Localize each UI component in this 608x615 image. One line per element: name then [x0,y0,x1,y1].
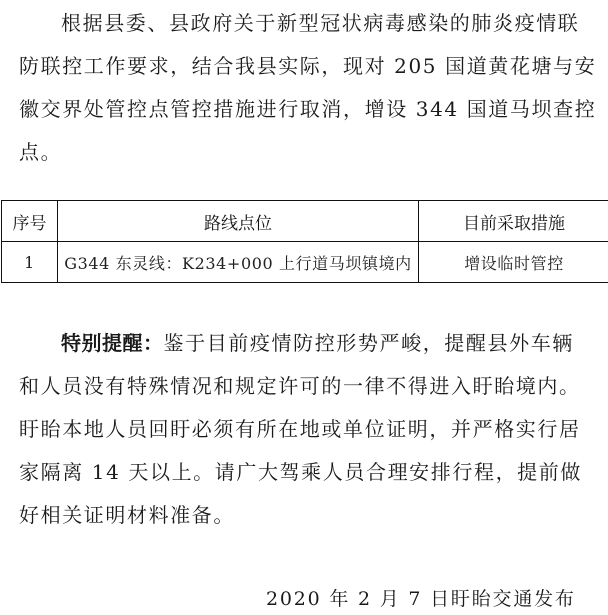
publish-signature: 2020 年 2 月 7 日盱眙交通发布 [266,584,576,611]
reminder-line: 和人员没有特殊情况和规定许可的一律不得进入盱眙境内。 [19,365,579,408]
intro-line: 根据县委、县政府关于新型冠状病毒感染的肺炎疫情联 [19,2,579,45]
cell-route-point: G344 东灵线：K234+000 上行道马坝镇境内 [58,242,419,283]
cell-current-measure: 增设临时管控 [419,242,608,283]
reminder-line: 好相关证明材料准备。 [19,494,579,537]
header-index: 序号 [2,201,58,242]
intro-line: 点。 [19,131,579,174]
reminder-line: 盱眙本地人员回盱必须有所在地或单位证明，并严格实行居 [19,408,579,451]
header-current-measure: 目前采取措施 [419,201,608,242]
reminder-text: 鉴于目前疫情防控形势严峻，提醒县外车辆 [164,331,574,355]
reminder-lead: 特别提醒： [61,331,164,355]
reminder-paragraph: 特别提醒：鉴于目前疫情防控形势严峻，提醒县外车辆 和人员没有特殊情况和规定许可的… [19,322,579,537]
intro-line: 徽交界处管控点管控措施进行取消，增设 344 国道马坝查控 [19,88,579,131]
checkpoint-table: 序号 路线点位 目前采取措施 1 G344 东灵线：K234+000 上行道马坝… [1,200,608,283]
reminder-line: 特别提醒：鉴于目前疫情防控形势严峻，提醒县外车辆 [19,322,579,365]
intro-paragraph: 根据县委、县政府关于新型冠状病毒感染的肺炎疫情联 防联控工作要求，结合我县实际，… [19,2,579,174]
table-row: 1 G344 东灵线：K234+000 上行道马坝镇境内 增设临时管控 [2,242,608,283]
reminder-line: 家隔离 14 天以上。请广大驾乘人员合理安排行程，提前做 [19,451,579,494]
table-header-row: 序号 路线点位 目前采取措施 [2,201,608,242]
intro-line: 防联控工作要求，结合我县实际，现对 205 国道黄花塘与安 [19,45,579,88]
header-route-point: 路线点位 [58,201,419,242]
cell-index: 1 [2,242,58,283]
